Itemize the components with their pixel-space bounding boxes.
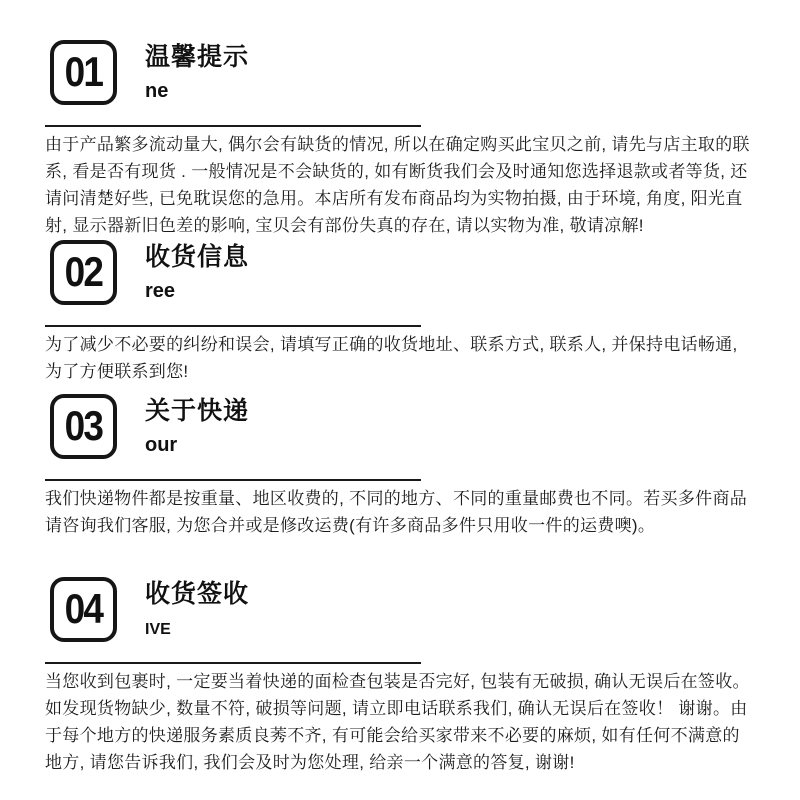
section-subtitle: ne [145, 81, 249, 101]
section-warm-tips: 01 温馨提示 ne 由于产品繁多流动量大, 偶尔会有缺货的情况, 所以在确定购… [0, 0, 800, 239]
section-receipt-sign: 04 收货签收 IVE 当您收到包裹时, 一定要当着快递的面检查包装是否完好, … [0, 577, 800, 776]
header-text: 收货信息 ree [145, 244, 249, 302]
section-body: 为了减少不必要的纠纷和误会, 请填写正确的收货地址、联系方式, 联系人, 并保持… [45, 331, 757, 385]
number-badge-text: 04 [65, 588, 103, 632]
section-subtitle: IVE [145, 622, 249, 638]
header-divider [45, 325, 421, 327]
section-body: 我们快递物件都是按重量、地区收费的, 不同的地方、不同的重量邮费也不同。若买多件… [45, 485, 757, 539]
header-text: 温馨提示 ne [145, 44, 249, 102]
section-title: 收货信息 [145, 244, 249, 272]
section-title: 收货签收 [145, 581, 249, 609]
number-badge: 01 [50, 40, 117, 105]
header-divider [45, 479, 421, 481]
section-header: 01 温馨提示 ne [50, 40, 800, 105]
section-header: 02 收货信息 ree [50, 240, 800, 305]
number-badge-text: 02 [65, 251, 103, 295]
section-header: 04 收货签收 IVE [50, 577, 800, 642]
section-body: 当您收到包裹时, 一定要当着快递的面检查包装是否完好, 包装有无破损, 确认无误… [45, 668, 757, 776]
section-shipping-info: 02 收货信息 ree 为了减少不必要的纠纷和误会, 请填写正确的收货地址、联系… [0, 240, 800, 385]
number-badge: 02 [50, 240, 117, 305]
section-title: 温馨提示 [145, 44, 249, 72]
section-subtitle: ree [145, 281, 249, 301]
number-badge: 04 [50, 577, 117, 642]
number-badge-text: 01 [65, 51, 103, 95]
section-subtitle: our [145, 435, 249, 455]
number-badge: 03 [50, 394, 117, 459]
number-badge-text: 03 [65, 405, 103, 449]
header-text: 关于快递 our [145, 398, 249, 456]
section-body: 由于产品繁多流动量大, 偶尔会有缺货的情况, 所以在确定购买此宝贝之前, 请先与… [45, 131, 757, 239]
section-about-express: 03 关于快递 our 我们快递物件都是按重量、地区收费的, 不同的地方、不同的… [0, 394, 800, 539]
notice-page: 01 温馨提示 ne 由于产品繁多流动量大, 偶尔会有缺货的情况, 所以在确定购… [0, 0, 800, 800]
section-header: 03 关于快递 our [50, 394, 800, 459]
section-title: 关于快递 [145, 398, 249, 426]
header-divider [45, 125, 421, 127]
header-divider [45, 662, 421, 664]
header-text: 收货签收 IVE [145, 581, 249, 638]
